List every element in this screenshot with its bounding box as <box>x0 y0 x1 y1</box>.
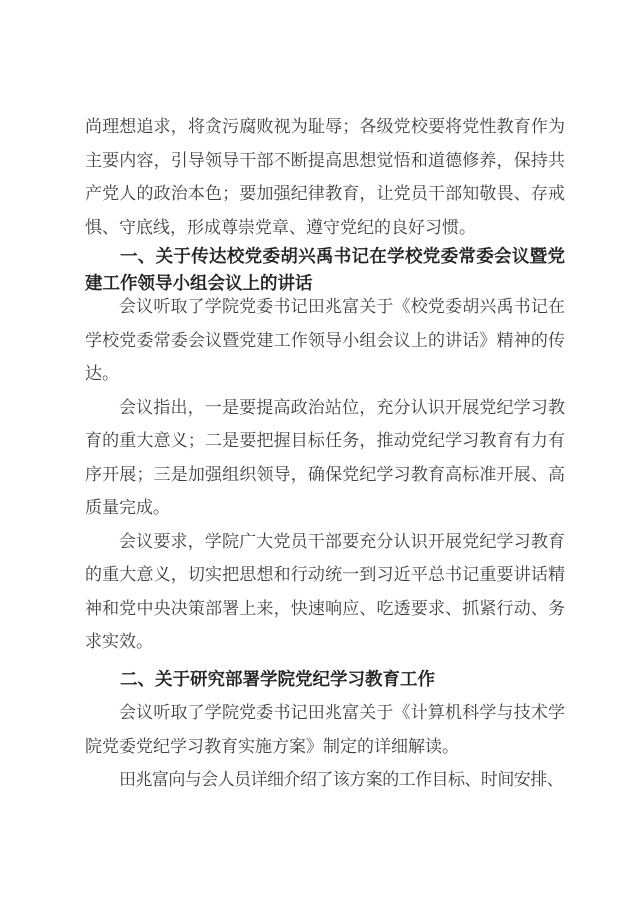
body-paragraph: 会议听取了学院党委书记田兆富关于《校党委胡兴禹书记在学校党委常委会议暨党建工作领… <box>85 290 565 391</box>
document-page-content: 尚理想追求，将贪污腐败视为耻辱；各级党校要将党性教育作为主要内容，引导领导干部不… <box>0 0 639 797</box>
section-heading: 一、关于传达校党委胡兴禹书记在学校党委常委会议暨党建工作领导小组会议上的讲话 <box>85 243 565 297</box>
section-heading: 二、关于研究部署学院党纪学习教育工作 <box>85 663 565 697</box>
body-paragraph: 会议听取了学院党委书记田兆富关于《计算机科学与技术学院党委党纪学习教育实施方案》… <box>85 696 565 763</box>
body-paragraph: 田兆富向与会人员详细介绍了该方案的工作目标、时间安排、 <box>85 763 565 797</box>
body-paragraph: 会议要求，学院广大党员干部要充分认识开展党纪学习教育的重大意义，切实把思想和行动… <box>85 525 565 659</box>
body-paragraph: 尚理想追求，将贪污腐败视为耻辱；各级党校要将党性教育作为主要内容，引导领导干部不… <box>85 110 565 244</box>
body-paragraph: 会议指出，一是要提高政治站位，充分认识开展党纪学习教育的重大意义；二是要把握目标… <box>85 391 565 525</box>
document-page: 尚理想追求，将贪污腐败视为耻辱；各级党校要将党性教育作为主要内容，引导领导干部不… <box>0 0 639 905</box>
